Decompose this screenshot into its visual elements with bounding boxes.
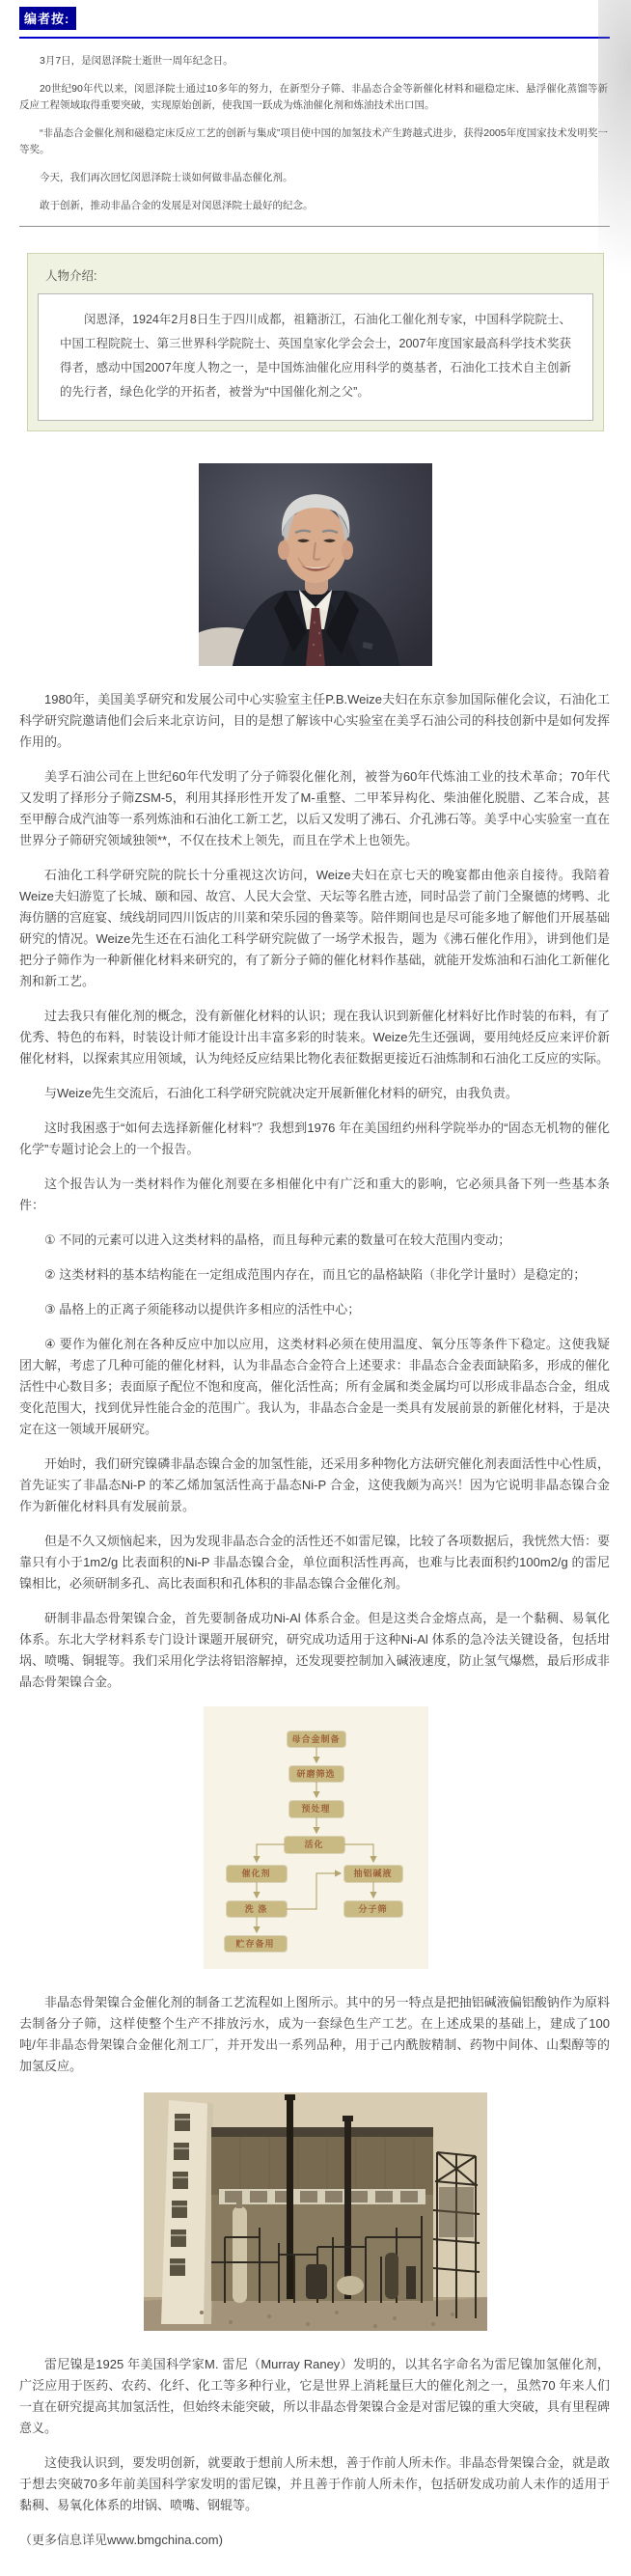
article-paragraph: ② 这类材料的基本结构能在一定组成范围内存在，而且它的晶格缺陷（非化学计量时）是… (19, 1264, 610, 1286)
portrait-photo (199, 463, 432, 666)
plant-photo (144, 2092, 487, 2331)
article-part2: 非晶态骨架镍合金催化剂的制备工艺流程如上图所示。其中的另一特点是把抽铝碱液偏铝酸… (19, 1992, 610, 2077)
article-paragraph: ③ 晶格上的正离子须能移动以提供许多相应的活性中心； (19, 1299, 610, 1320)
article-part3: 雷尼镍是1925 年美国科学家M. 雷尼（Murray Raney）发明的，以其… (19, 2354, 610, 2516)
article-paragraph: 研制非晶态骨架镍合金，首先要制备成功Ni-Al 体系合金。但是这类合金熔点高，是… (19, 1608, 610, 1693)
article-paragraph: 非晶态骨架镍合金催化剂的制备工艺流程如上图所示。其中的另一特点是把抽铝碱液偏铝酸… (19, 1992, 610, 2077)
profile-title: 人物介绍: (45, 266, 593, 284)
editor-paragraph: 今天，我们再次回忆闵恩泽院士谈如何做非晶态催化剂。 (19, 170, 608, 186)
article-page: 编者按: 3月7日，是闵恩泽院士逝世一周年纪念日。 20世纪90年代以来，闵恩泽… (0, 0, 631, 2576)
article-paragraph: 石油化工科学研究院的院长十分重视这次访问，Weize夫妇在京七天的晚宴都由他亲自… (19, 865, 610, 992)
article-paragraph: 但是不久又烦恼起来，因为发现非晶态合金的活性还不如雷尼镍，比较了各项数据后，我恍… (19, 1531, 610, 1594)
gray-divider (19, 226, 610, 227)
editor-note-section: 3月7日，是闵恩泽院士逝世一周年纪念日。 20世纪90年代以来，闵恩泽院士通过1… (19, 53, 608, 214)
editor-paragraph: 3月7日，是闵恩泽院士逝世一周年纪念日。 (19, 53, 608, 69)
profile-box: 人物介绍: 闵恩泽，1924年2月8日生于四川成都，祖籍浙江，石油化工催化剂专家… (27, 253, 604, 431)
editor-paragraph: 敢于创新，推动非晶合金的发展是对闵恩泽院士最好的纪念。 (19, 198, 608, 214)
article-paragraph: 这个报告认为一类材料作为催化剂要在多相催化中有广泛和重大的影响，它必须具备下列一… (19, 1174, 610, 1216)
flowchart-step: 抽铝碱液 (344, 1866, 402, 1882)
editor-paragraph: 20世纪90年代以来，闵恩泽院士通过10多年的努力，在新型分子筛、非晶态合金等新… (19, 81, 608, 114)
article-paragraph: 美孚石油公司在上世纪60年代发明了分子筛裂化催化剂，被誉为60年代炼油工业的技术… (19, 766, 610, 851)
footer-more-info: （更多信息详见www.bmgchina.com) (19, 2530, 612, 2548)
profile-text: 闵恩泽，1924年2月8日生于四川成都，祖籍浙江，石油化工催化剂专家，中国科学院… (60, 308, 571, 404)
flowchart-step: 分子筛 (344, 1901, 402, 1917)
article-paragraph: ④ 要作为催化剂在各种反应中加以应用，这类材料必须在使用温度、氧分压等条件下稳定… (19, 1334, 610, 1440)
article-paragraph: 1980年，美国美孚研究和发展公司中心实验室主任P.B.Weize夫妇在东京参加… (19, 689, 610, 753)
flowchart-step: 研磨筛选 (289, 1766, 343, 1782)
flowchart-step: 洗 涤 (227, 1901, 287, 1917)
article-paragraph: 与Weize先生交流后，石油化工科学研究院就决定开展新催化材料的研究，由我负责。 (19, 1083, 610, 1104)
article-paragraph: 这使我认识到，要发明创新，就要敢于想前人所未想，善于作前人所未作。非晶态骨架镍合… (19, 2452, 610, 2516)
process-flowchart-image: 母合金制备 研磨筛选 预处理 活化 催化剂 抽铝碱液 洗 涤 分子筛 贮存备用 (204, 1706, 428, 1969)
article-part1: 1980年，美国美孚研究和发展公司中心实验室主任P.B.Weize夫妇在东京参加… (19, 689, 610, 1693)
flowchart-step: 催化剂 (227, 1866, 287, 1882)
article-paragraph: 开始时，我们研究镍磷非晶态镍合金的加氢性能，还采用多种物化方法研究催化剂表面活性… (19, 1454, 610, 1517)
profile-body-box: 闵恩泽，1924年2月8日生于四川成都，祖籍浙江，石油化工催化剂专家，中国科学院… (38, 293, 593, 421)
flowchart-step: 母合金制备 (288, 1731, 345, 1747)
flowchart-step: 预处理 (289, 1801, 343, 1817)
flowchart-step: 贮存备用 (225, 1936, 287, 1952)
blue-divider (19, 37, 610, 39)
article-paragraph: 这时我困惑于“如何去选择新催化材料”？我想到1976 年在美国纽约州科学院举办的… (19, 1118, 610, 1160)
editor-note-badge: 编者按: (19, 7, 76, 30)
editor-paragraph: “非晶态合金催化剂和磁稳定床反应工艺的创新与集成”项目使中国的加氢技术产生跨越式… (19, 125, 608, 158)
flowchart-step: 活化 (285, 1837, 344, 1853)
article-paragraph: 雷尼镍是1925 年美国科学家M. 雷尼（Murray Raney）发明的，以其… (19, 2354, 610, 2439)
article-paragraph: ① 不同的元素可以进入这类材料的晶格，而且每种元素的数量可在较大范围内变动； (19, 1230, 610, 1251)
article-paragraph: 过去我只有催化剂的概念，没有新催化材料的认识；现在我认识到新催化材料好比作时装的… (19, 1006, 610, 1069)
